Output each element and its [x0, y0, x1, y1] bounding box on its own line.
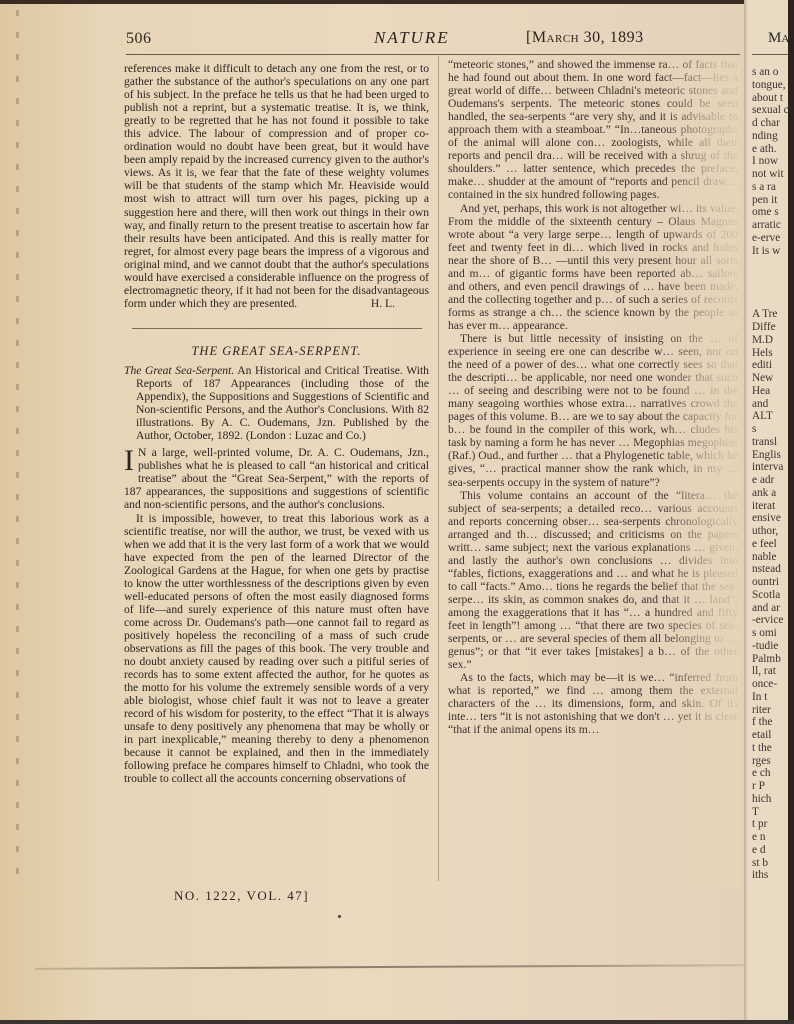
- binding-stitch-marks: [16, 10, 19, 890]
- middle-paragraph-5: As to the facts, which may be—it is we… …: [448, 671, 738, 736]
- scan-top-edge: [0, 0, 794, 4]
- bibliographic-entry: The Great Sea-Serpent. An Historical and…: [124, 364, 429, 442]
- middle-paragraph-1: “meteoric stones,” and showed the immens…: [448, 58, 738, 202]
- intro-text: N a large, well-printed volume, Dr. A. C…: [124, 446, 429, 511]
- middle-paragraph-3: There is but little necessity of insisti…: [448, 332, 738, 489]
- section-title: THE GREAT SEA-SERPENT.: [124, 345, 429, 358]
- next-page-strip: Ma s an otongue,about tsexual cd charndi…: [744, 0, 794, 1020]
- left-column: references make it difficult to detach a…: [124, 62, 429, 785]
- journal-title: NATURE: [374, 28, 450, 48]
- issue-date: [March 30, 1893: [526, 29, 644, 47]
- intro-paragraph: IN a large, well-printed volume, Dr. A. …: [124, 446, 429, 511]
- scan-bottom-edge: [0, 1020, 794, 1024]
- paper-speck: [338, 915, 341, 918]
- gutter-shadow: [744, 0, 748, 1020]
- book-title: The Great Sea-Serpent.: [124, 364, 234, 377]
- next-page-header: Ma: [768, 30, 789, 47]
- middle-paragraph-2: And yet, perhaps, this work is not altog…: [448, 202, 738, 332]
- column-divider: [438, 56, 439, 881]
- page-header: 506 NATURE [March 30, 1893: [126, 28, 746, 50]
- middle-paragraph-4: This volume contains an account of the “…: [448, 489, 738, 672]
- scan-right-edge: [788, 0, 794, 1024]
- header-rule: [126, 54, 740, 55]
- body-paragraph-2: It is impossible, however, to treat this…: [124, 512, 429, 786]
- continued-review-paragraph: references make it difficult to detach a…: [124, 62, 429, 310]
- footer-issue-label: NO. 1222, VOL. 47]: [174, 888, 309, 904]
- middle-column: “meteoric stones,” and showed the immens…: [448, 58, 738, 736]
- section-rule: [132, 328, 422, 329]
- page-number: 506: [126, 30, 152, 48]
- dropcap-letter: I: [124, 449, 134, 473]
